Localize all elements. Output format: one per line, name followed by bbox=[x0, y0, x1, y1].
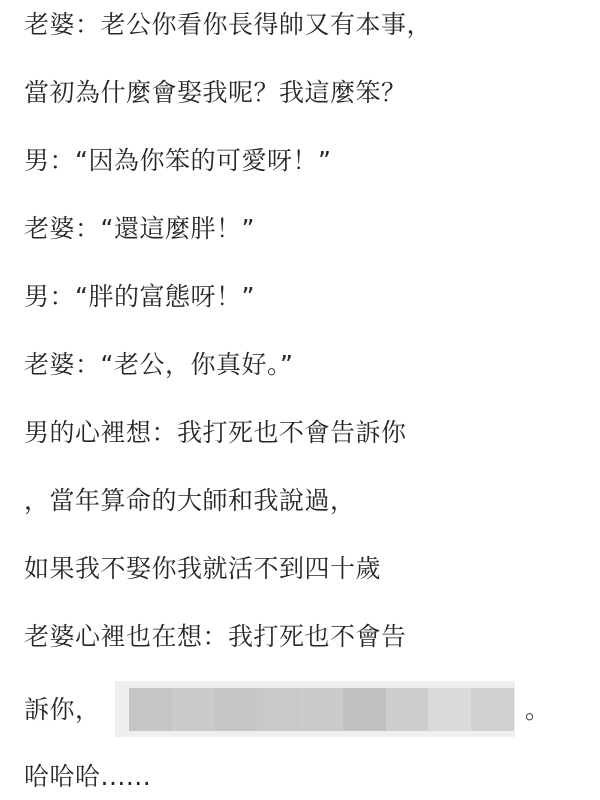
censor-tile bbox=[471, 688, 514, 731]
censor-tile bbox=[129, 688, 172, 731]
text-line-1: 老婆：老公你看你長得帥又有本事， bbox=[24, 5, 432, 45]
text-line-4: 老婆：“還這麼胖！” bbox=[24, 209, 255, 249]
text-line-8: ，當年算命的大師和我說過， bbox=[24, 481, 356, 521]
text-line-11: 訴你， bbox=[24, 690, 101, 730]
censor-tile bbox=[343, 688, 386, 731]
text-line-10: 老婆心裡也在想：我打死也不會告 bbox=[24, 617, 407, 657]
censor-tile bbox=[172, 688, 215, 731]
censor-tile bbox=[257, 688, 300, 731]
censor-tile bbox=[215, 688, 258, 731]
censor-tile bbox=[428, 688, 471, 731]
censor-mosaic bbox=[129, 688, 514, 731]
text-line-2: 當初為什麼會娶我呢？我這麼笨？ bbox=[24, 73, 407, 113]
censor-tile bbox=[300, 688, 343, 731]
text-line-12: 哈哈哈...... bbox=[24, 757, 151, 797]
censor-tile bbox=[386, 688, 429, 731]
text-line-5: 男：“胖的富態呀！” bbox=[24, 277, 255, 317]
censored-line-period: 。 bbox=[525, 690, 550, 730]
text-line-6: 老婆：“老公，你真好。” bbox=[24, 345, 293, 385]
text-line-9: 如果我不娶你我就活不到四十歲 bbox=[24, 549, 381, 589]
text-line-3: 男：“因為你笨的可愛呀！” bbox=[24, 141, 331, 181]
text-line-7: 男的心裡想：我打死也不會告訴你 bbox=[24, 413, 407, 453]
pixelated-censor-block bbox=[115, 681, 515, 737]
